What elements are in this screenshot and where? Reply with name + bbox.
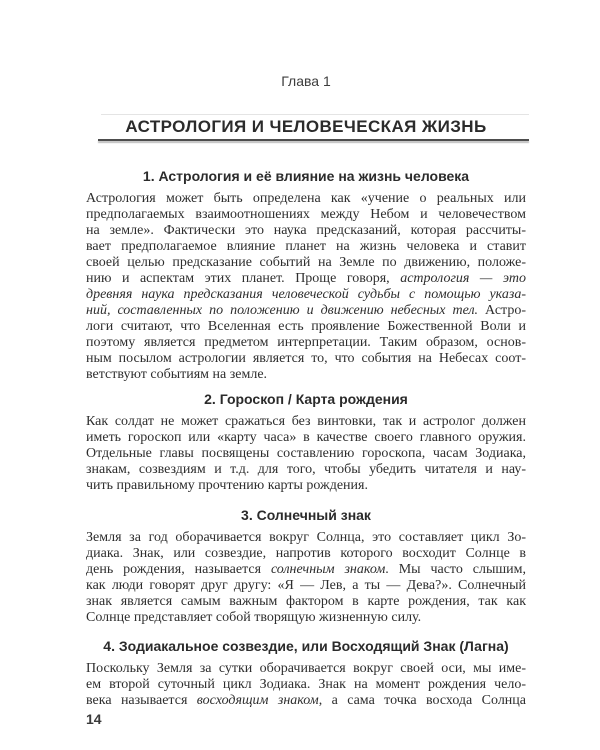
section: 4. Зодиакальное созвездие, или Восходящи… — [86, 638, 526, 709]
text-line: Земля за год оборачивается вокруг Солнца… — [86, 530, 526, 546]
text-run: иметь гороскоп или «карту часа» в качест… — [86, 430, 526, 445]
text-line: как люди говорят друг другу: «Я — Лев, а… — [86, 578, 526, 594]
text-run: Астро- — [478, 303, 526, 318]
section-heading: 1. Астрология и её влияние на жизнь чело… — [86, 168, 526, 184]
text-run: Как солдат не может сражаться без винтов… — [86, 414, 526, 429]
text-run: предполагаемых взаимоотношениях между Не… — [86, 207, 526, 222]
sections-container: 1. Астрология и её влияние на жизнь чело… — [86, 168, 526, 709]
section-paragraph: Как солдат не может сражаться без винтов… — [86, 414, 526, 494]
text-line: древняя наука предсказания человеческой … — [86, 287, 526, 303]
text-run: как люди говорят друг другу: «Я — Лев, а… — [86, 578, 526, 593]
text-run: века называется — [86, 693, 197, 708]
text-line: поэтому является предметом интерпретации… — [86, 335, 526, 351]
italic-text-run: солнечным знаком — [271, 562, 385, 577]
text-line: диака. Знак, или созвездие, напротив кот… — [86, 546, 526, 562]
section-heading: 2. Гороскоп / Карта рождения — [86, 391, 526, 407]
page-number: 14 — [86, 711, 102, 727]
text-line: ным посылом астрологии является то, что … — [86, 351, 526, 367]
section: 3. Солнечный знакЗемля за год оборачивае… — [86, 507, 526, 626]
text-line: логи считают, что Вселенная есть проявле… — [86, 319, 526, 335]
text-line: Поскольку Земля за сутки оборачивается в… — [86, 661, 526, 677]
text-run: своей целью предсказание событий на Земл… — [86, 255, 526, 270]
text-run: диака. Знак, или созвездие, напротив кот… — [86, 546, 526, 561]
text-run: знак является самым важным фактором в ка… — [86, 594, 526, 609]
text-run: , а сама точка восхода Солнца — [319, 693, 526, 708]
text-line: день рождения, называется солнечным знак… — [86, 562, 526, 578]
section-heading: 4. Зодиакальное созвездие, или Восходящи… — [86, 638, 526, 654]
text-line: Солнце представляет собой творящую жизне… — [86, 610, 526, 626]
text-run: . Мы часто слышим, — [385, 562, 526, 577]
text-run: нию и аспектам этих планет. Проще говоря… — [86, 271, 400, 286]
section: 2. Гороскоп / Карта рожденияКак солдат н… — [86, 391, 526, 494]
section-paragraph: Астрология может быть определена как «уч… — [86, 191, 526, 383]
text-line: Астрология может быть определена как «уч… — [86, 191, 526, 207]
text-column: Глава 1 АСТРОЛОГИЯ И ЧЕЛОВЕЧЕСКАЯ ЖИЗНЬ … — [86, 0, 526, 709]
chapter-title: АСТРОЛОГИЯ И ЧЕЛОВЕЧЕСКАЯ ЖИЗНЬ — [86, 117, 526, 136]
text-line: своей целью предсказание событий на Земл… — [86, 255, 526, 271]
text-run: ным посылом астрологии является то, что … — [86, 351, 526, 366]
text-line: предполагаемых взаимоотношениях между Не… — [86, 207, 526, 223]
text-run: день рождения, называется — [86, 562, 271, 577]
italic-text-run: астрология — это — [400, 271, 526, 286]
text-line: ем второй суточный цикл Зодиака. Знак на… — [86, 677, 526, 693]
text-run: поэтому является предметом интерпретации… — [86, 335, 526, 350]
text-run: Солнце представляет собой творящую жизне… — [86, 610, 421, 625]
italic-text-run: древняя наука предсказания человеческой … — [86, 287, 526, 302]
section-heading: 3. Солнечный знак — [86, 507, 526, 523]
text-run: чить правильному прочтению карты рождени… — [86, 478, 368, 493]
text-line: вает предполагаемое влияние планет на жи… — [86, 239, 526, 255]
text-run: Астрология может быть определена как «уч… — [86, 191, 526, 206]
text-run: на земле». Фактически это наука предсказ… — [86, 223, 526, 238]
text-run: логи считают, что Вселенная есть проявле… — [86, 319, 526, 334]
book-page: Глава 1 АСТРОЛОГИЯ И ЧЕЛОВЕЧЕСКАЯ ЖИЗНЬ … — [0, 0, 600, 750]
text-run: Отдельные главы посвящены составлению го… — [86, 446, 526, 461]
section-paragraph: Поскольку Земля за сутки оборачивается в… — [86, 661, 526, 709]
text-line: на земле». Фактически это наука предсказ… — [86, 223, 526, 239]
text-line: века называется восходящим знаком, а сам… — [86, 693, 526, 709]
italic-text-run: ний, составленных по положению и движени… — [86, 303, 478, 318]
text-line: Как солдат не может сражаться без винтов… — [86, 414, 526, 430]
text-run: вает предполагаемое влияние планет на жи… — [86, 239, 526, 254]
chapter-label: Глава 1 — [86, 74, 526, 88]
text-run: знакам, созвездиям и т.д. для того, чтоб… — [86, 462, 526, 477]
text-line: ветствуют событиям на земле. — [86, 367, 526, 383]
text-line: ний, составленных по положению и движени… — [86, 303, 526, 319]
text-run: Земля за год оборачивается вокруг Солнца… — [86, 530, 526, 545]
text-line: знакам, созвездиям и т.д. для того, чтоб… — [86, 462, 526, 478]
text-run: ветствуют событиям на земле. — [86, 367, 267, 382]
text-line: нию и аспектам этих планет. Проще говоря… — [86, 271, 526, 287]
section-paragraph: Земля за год оборачивается вокруг Солнца… — [86, 530, 526, 626]
text-line: Отдельные главы посвящены составлению го… — [86, 446, 526, 462]
section: 1. Астрология и её влияние на жизнь чело… — [86, 168, 526, 383]
text-line: иметь гороскоп или «карту часа» в качест… — [86, 430, 526, 446]
title-underline — [98, 139, 529, 141]
italic-text-run: восходящим знаком — [197, 693, 319, 708]
text-line: знак является самым важным фактором в ка… — [86, 594, 526, 610]
text-run: ем второй суточный цикл Зодиака. Знак на… — [86, 677, 526, 692]
text-run: Поскольку Земля за сутки оборачивается в… — [86, 661, 526, 676]
text-line: чить правильному прочтению карты рождени… — [86, 478, 526, 494]
